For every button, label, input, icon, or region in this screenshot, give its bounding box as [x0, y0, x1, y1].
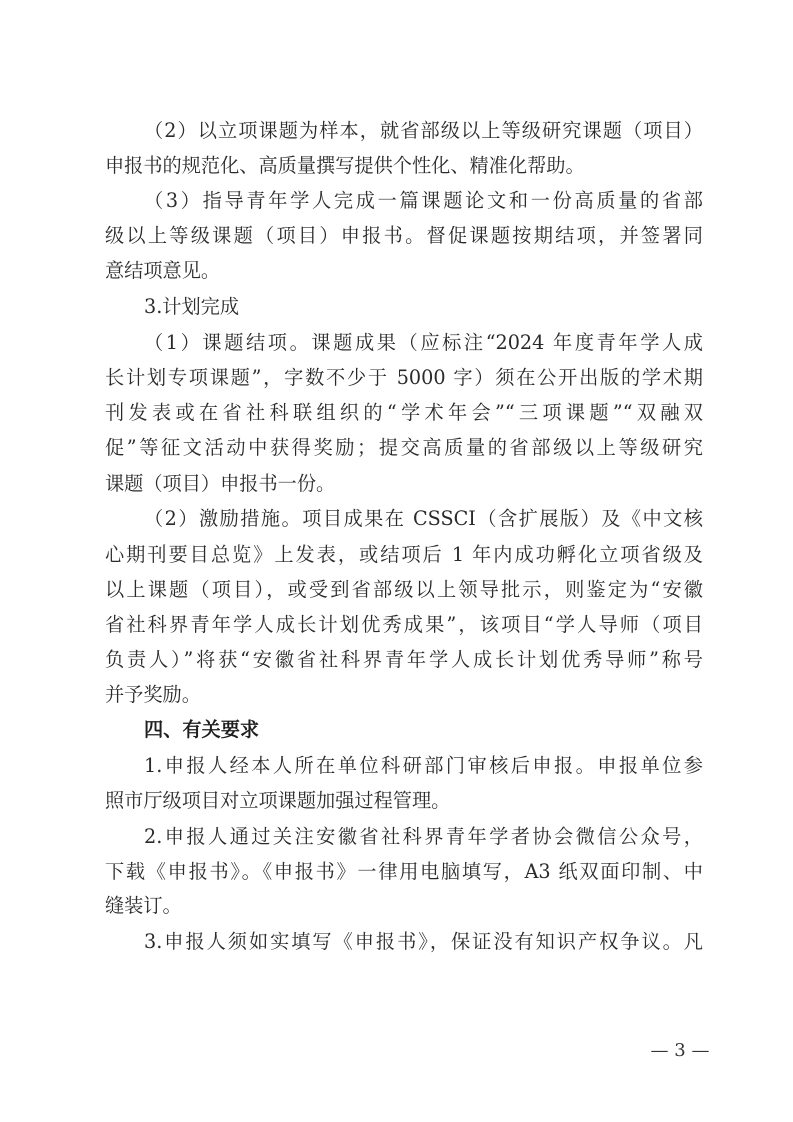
text-line: 3.申报人须如实填写《申报书》，保证没有知识产权争议。凡	[144, 927, 703, 957]
page-number: — 3 —	[640, 1038, 720, 1064]
text-line: 长计划专项课题”，字数不少于 5000 字）须在公开出版的学术期	[105, 363, 703, 393]
text-line: 刊发表或在省社科联组织的“学术年会”“三项课题”“双融双	[105, 398, 703, 428]
text-line: 1.申报人经本人所在单位科研部门审核后申报。申报单位参	[144, 751, 703, 781]
text-line: 2.申报人通过关注安徽省社科界青年学者协会微信公众号，	[144, 822, 703, 852]
text-line: 省社科界青年学人成长计划优秀成果”，该项目“学人导师（项目	[105, 610, 703, 640]
text-line: 意结项意见。	[105, 256, 703, 286]
section-heading: 四、有关要求	[144, 715, 703, 745]
text-line: （1）课题结项。课题成果（应标注“2024 年度青年学人成	[144, 328, 703, 358]
text-line: 课题（项目）申报书一份。	[105, 469, 703, 499]
text-line: 以上课题（项目），或受到省部级以上领导批示，则鉴定为“安徽	[105, 575, 703, 605]
document-page: （2）以立项课题为样本，就省部级以上等级研究课题（项目）申报书的规范化、高质量撰…	[0, 0, 793, 1122]
text-line: 促”等征文活动中获得奖励；提交高质量的省部级以上等级研究	[105, 433, 703, 463]
text-line: （2）激励措施。项目成果在 CSSCI（含扩展版）及《中文核	[144, 504, 703, 534]
text-line: （3）指导青年学人完成一篇课题论文和一份高质量的省部	[144, 186, 703, 216]
text-line: 负责人）”将获“安徽省社科界青年学人成长计划优秀导师”称号	[105, 645, 703, 675]
text-line: 申报书的规范化、高质量撰写提供个性化、精准化帮助。	[105, 151, 703, 181]
text-line: 3.计划完成	[144, 292, 703, 322]
text-line: 缝装订。	[105, 891, 703, 921]
text-line: 照市厅级项目对立项课题加强过程管理。	[105, 786, 703, 816]
text-line: 心期刊要目总览》上发表，或结项后 1 年内成功孵化立项省级及	[105, 540, 703, 570]
text-line: 下载《申报书》。《申报书》一律用电脑填写，A3 纸双面印制、中	[105, 857, 703, 887]
text-line: 级以上等级课题（项目）申报书。督促课题按期结项，并签署同	[105, 221, 703, 251]
text-line: （2）以立项课题为样本，就省部级以上等级研究课题（项目）	[144, 116, 703, 146]
text-line: 并予奖励。	[105, 680, 703, 710]
